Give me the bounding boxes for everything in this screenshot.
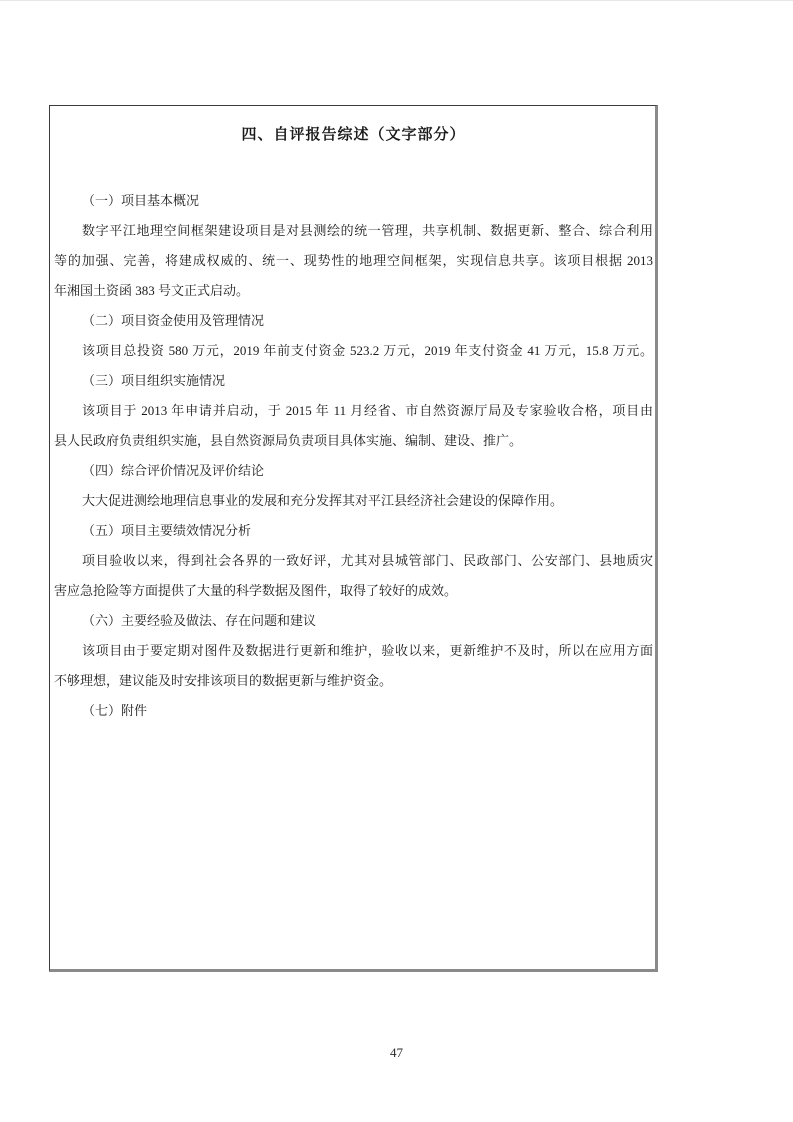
report-line: 数字平江地理空间框架建设项目是对县测绘的统一管理，共享机制、数据更新、整合、综合… [54,216,653,246]
report-line: 年湘国土资函 383 号文正式启动。 [54,276,653,306]
title-gap [54,150,653,186]
page-number: 47 [0,1044,793,1062]
page-top-edge [0,0,793,1]
report-line: 该项目总投资 580 万元，2019 年前支付资金 523.2 万元，2019 … [54,336,653,366]
report-line: 害应急抢险等方面提供了大量的科学数据及图件，取得了较好的成效。 [54,576,653,606]
report-line: （二）项目资金使用及管理情况 [54,306,653,336]
report-line: （六）主要经验及做法、存在问题和建议 [54,606,653,636]
report-line: 不够理想，建议能及时安排该项目的数据更新与维护资金。 [54,666,653,696]
report-line: 等的加强、完善，将建成权威的、统一、现势性的地理空间框架，实现信息共享。该项目根… [54,246,653,276]
report-line: （四）综合评价情况及评价结论 [54,456,653,486]
report-line: （五）项目主要绩效情况分析 [54,516,653,546]
report-body: （一）项目基本概况数字平江地理空间框架建设项目是对县测绘的统一管理，共享机制、数… [54,186,653,726]
report-line: 大大促进测绘地理信息事业的发展和充分发挥其对平江县经济社会建设的保障作用。 [54,486,653,516]
report-line: （一）项目基本概况 [54,186,653,216]
report-box: 四、自评报告综述（文字部分） （一）项目基本概况数字平江地理空间框架建设项目是对… [49,105,658,972]
report-line: 项目验收以来，得到社会各界的一致好评，尤其对县城管部门、民政部门、公安部门、县地… [54,546,653,576]
document-page: 四、自评报告综述（文字部分） （一）项目基本概况数字平江地理空间框架建设项目是对… [0,0,793,1122]
report-line: 县人民政府负责组织实施，县自然资源局负责项目具体实施、编制、建设、推广。 [54,426,653,456]
report-line: （三）项目组织实施情况 [54,366,653,396]
report-line: 该项目由于要定期对图件及数据进行更新和维护，验收以来，更新维护不及时，所以在应用… [54,636,653,666]
report-title: 四、自评报告综述（文字部分） [54,120,653,150]
report-line: （七）附件 [54,696,653,726]
report-line: 该项目于 2013 年申请并启动，于 2015 年 11 月经省、市自然资源厅局… [54,396,653,426]
